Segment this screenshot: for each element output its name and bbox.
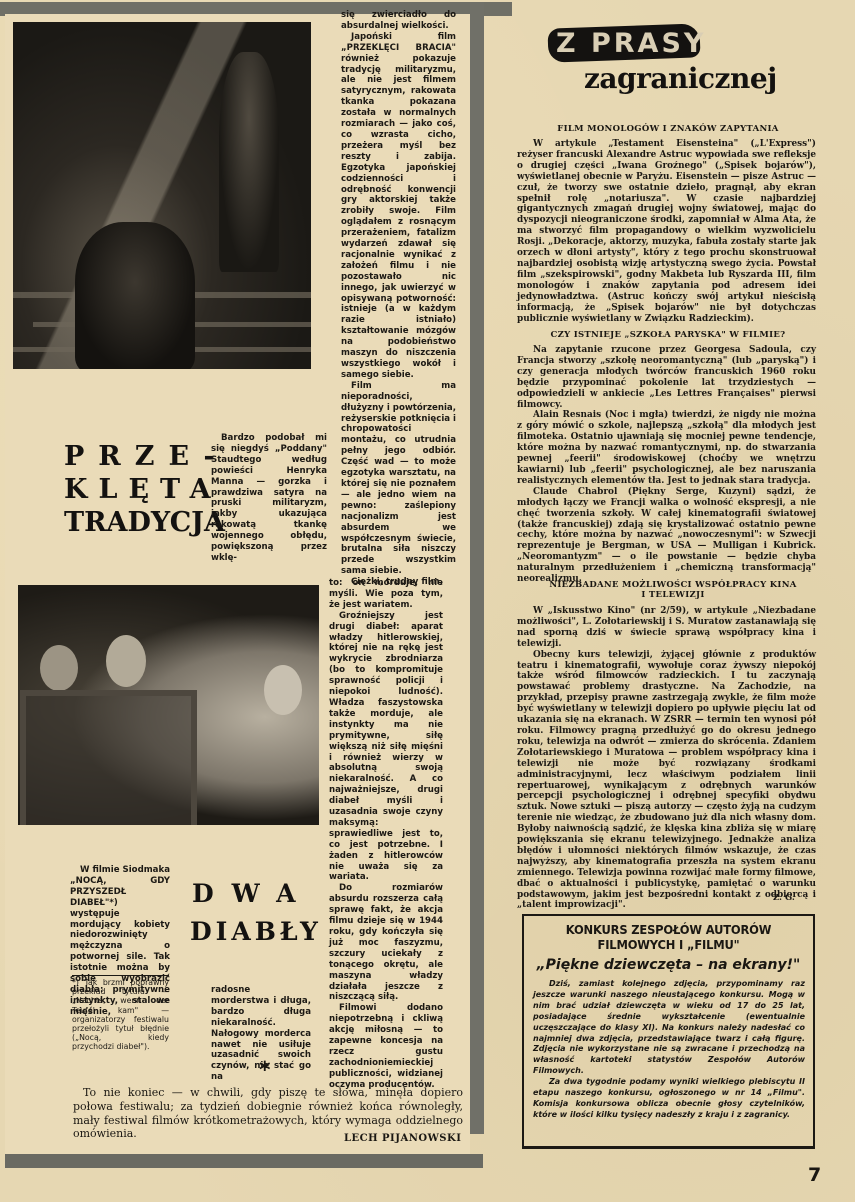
- contest-body: Dziś, zamiast kolejnego zdjęcia, przypom…: [524, 979, 813, 1121]
- section-masthead: Z PRASY zagranicznej: [548, 26, 768, 104]
- article-2-column: to: on morduje, nie myśli. Wie poza tym,…: [329, 578, 443, 1091]
- article-body-3: W „Iskusstwo Kino" (nr 2/59), w artykule…: [517, 606, 816, 911]
- article-heading-1: FILM MONOLOGÓW I ZNAKÓW ZAPYTANIA: [518, 124, 818, 134]
- article-title-przekleta-tradycja: PRZE- KLĘTA TRADYCJA: [64, 440, 229, 539]
- article-signature: Z. G.: [773, 893, 795, 903]
- article-title-dwa-diably: DWA DIABŁY: [190, 875, 322, 951]
- article-frame-bottom: [5, 1154, 483, 1168]
- contest-heading: KONKURS ZESPOŁÓW AUTORÓW FILMOWYCH I „FI…: [536, 922, 802, 952]
- kneeling-figure: [75, 222, 195, 369]
- author-signature: LECH PIJANOWSKI: [344, 1133, 461, 1144]
- page-number: 7: [808, 1164, 821, 1186]
- film-still-nazi-officer-woman: [18, 585, 319, 825]
- article-1-column: się zwierciadło do absurdalnej wielkości…: [341, 10, 456, 588]
- article-heading-3: NIEZBADANE MOŻLIWOŚCI WSPÓŁPRACY KINA I …: [548, 580, 798, 600]
- article-heading-2: CZY ISTNIEJE „SZKOŁA PARYSKA" W FILMIE?: [518, 330, 818, 340]
- film-still-japanese-brothers: [13, 22, 311, 369]
- contest-slogan: „Piękne dziewczęta – na ekrany!": [524, 957, 813, 973]
- article-1-lede: Bardzo podobał mi się niegdyś „Poddany" …: [211, 433, 327, 564]
- article-body-2: Na zapytanie rzucone przez Georgesa Sado…: [517, 345, 816, 585]
- standing-figure: [219, 52, 279, 272]
- article-frame-right: [470, 2, 484, 1134]
- article-body-1: W artykule „Testament Eisensteina" („L'E…: [517, 139, 816, 324]
- footnote: *) Tak brzmi poprawny przekład tytułu — …: [72, 975, 169, 1052]
- car-window: [20, 690, 197, 825]
- contest-announcement-box: KONKURS ZESPOŁÓW AUTORÓW FILMOWYCH I „FI…: [522, 914, 815, 1149]
- section-separator: *: [259, 1058, 271, 1083]
